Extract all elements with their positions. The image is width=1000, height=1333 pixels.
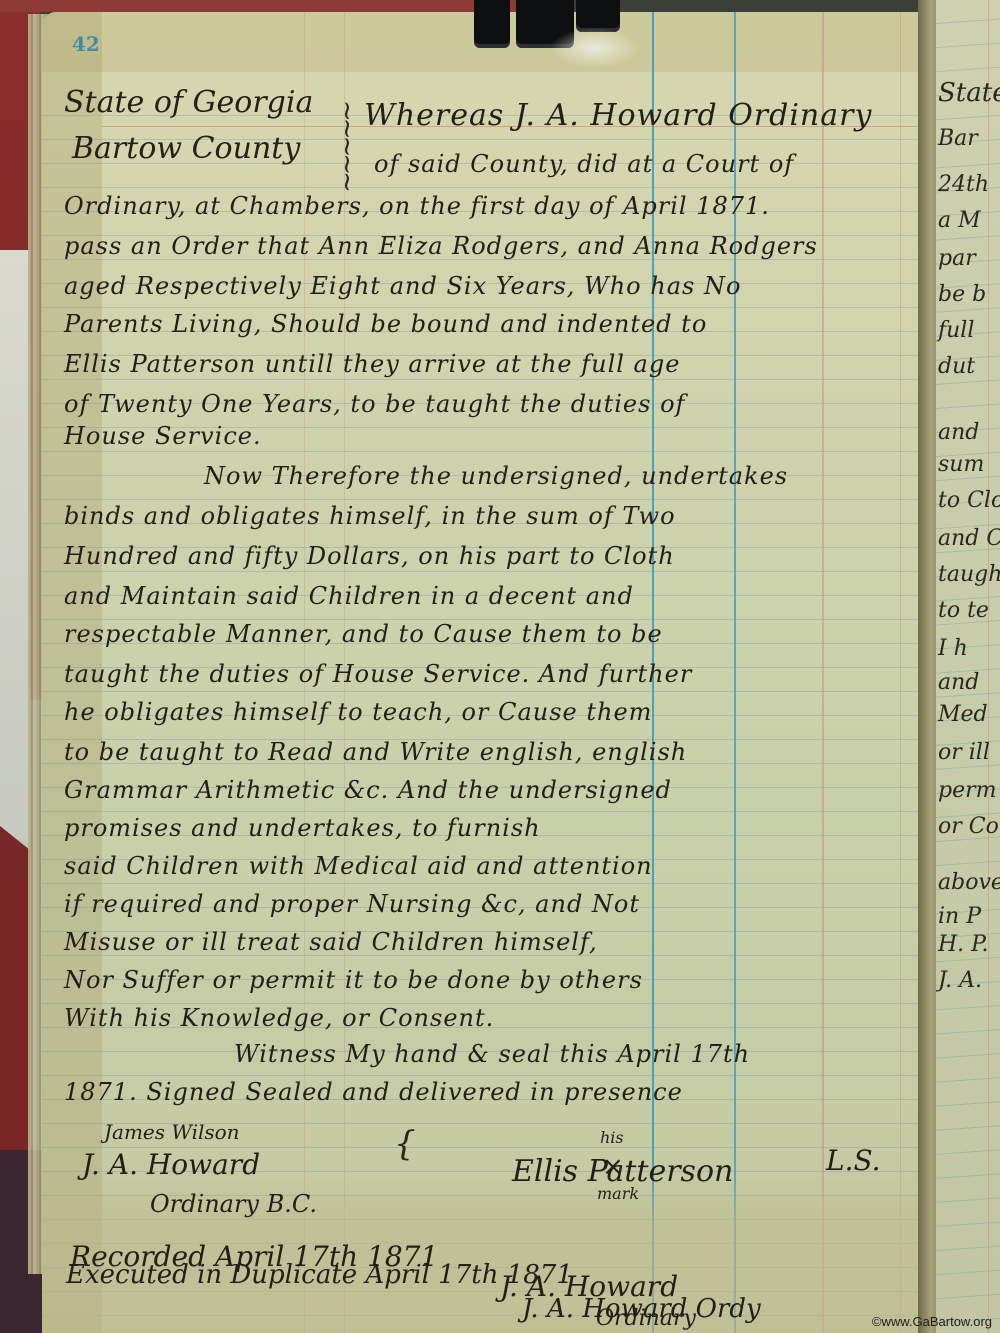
light-glare <box>550 28 640 68</box>
facing-margin-rule <box>988 0 989 1333</box>
text-line: Ellis Patterson untill they arrive at th… <box>64 350 680 378</box>
mark-label-his: his <box>600 1128 624 1147</box>
facing-text: and C <box>938 526 1000 551</box>
text-line: respectable Manner, and to Cause them to… <box>64 620 663 648</box>
facing-text: dut <box>938 354 975 379</box>
text-line: if required and proper Nursing &c, and N… <box>64 890 640 918</box>
facing-text: par <box>938 246 976 271</box>
mark-label-mark: mark <box>597 1184 639 1203</box>
seal-mark: L.S. <box>826 1144 881 1177</box>
column-rule-pink <box>900 12 901 1333</box>
heading-state: State of Georgia <box>64 85 313 120</box>
book-cover-top-edge <box>0 0 520 12</box>
recorded-signature: J. A. Howard <box>500 1270 678 1303</box>
text-line: taught the duties of House Service. And … <box>64 660 692 688</box>
text-line: 1871. Signed Sealed and delivered in pre… <box>64 1078 683 1106</box>
text-line: Grammar Arithmetic &c. And the undersign… <box>64 776 672 804</box>
document-heading: State of Georgia Bartow County <box>64 86 313 166</box>
text-line: Ordinary, at Chambers, on the first day … <box>64 192 770 220</box>
recorded-title: Ordinary <box>596 1306 696 1331</box>
facing-text: or Co <box>938 814 999 839</box>
facing-page: State Bar 24th a M par be b full dut and… <box>936 0 1000 1333</box>
facing-text: full <box>938 318 974 343</box>
facing-text: and <box>938 420 979 445</box>
facing-text: above <box>938 870 1000 895</box>
facing-text: to te <box>938 598 989 623</box>
facing-text: and <box>938 670 979 695</box>
column-rule-pink <box>822 12 824 1333</box>
text-line: to be taught to Read and Write english, … <box>64 738 687 766</box>
facing-text: State <box>938 78 1000 108</box>
book-spine-cloth <box>0 250 30 850</box>
text-line: of Twenty One Years, to be taught the du… <box>64 390 685 418</box>
text-line: said Children with Medical aid and atten… <box>64 852 653 880</box>
text-line: he obligates himself to teach, or Cause … <box>64 698 652 726</box>
text-line: and Maintain said Children in a decent a… <box>64 582 634 610</box>
text-line: Now Therefore the undersigned, undertake… <box>204 462 788 490</box>
text-line: Misuse or ill treat said Children himsel… <box>64 928 598 956</box>
facing-text: H. P. <box>938 932 989 957</box>
text-line: Nor Suffer or permit it to be done by ot… <box>64 966 643 994</box>
text-line: Witness My hand & seal this April 17th <box>234 1040 750 1068</box>
facing-text: sum <box>938 452 984 477</box>
text-line: Hundred and fifty Dollars, on his part t… <box>64 542 675 570</box>
ordinary-signature: J. A. Howard <box>82 1148 260 1181</box>
text-line: With his Knowledge, or Consent. <box>64 1004 494 1032</box>
facing-text: or ill <box>938 740 990 765</box>
facing-text: to Clo <box>938 488 1000 513</box>
mark-x: × <box>602 1152 624 1182</box>
facing-text: 24th <box>938 172 989 197</box>
binder-clip-icon <box>474 0 510 48</box>
text-line: binds and obligates himself, in the sum … <box>64 502 676 530</box>
text-line: Parents Living, Should be bound and inde… <box>64 310 707 338</box>
copyright-watermark: ©www.GaBartow.org <box>872 1314 992 1329</box>
facing-text: I h <box>938 636 968 661</box>
recorded-line: Recorded April 17th 1871 <box>70 1240 438 1273</box>
brace-mark: ~~~~~ <box>332 100 362 189</box>
ordinary-title: Ordinary B.C. <box>150 1190 317 1218</box>
facing-text: in P <box>938 904 981 929</box>
facing-text: be b <box>938 282 986 307</box>
facing-text: perm <box>938 778 996 803</box>
facing-text: Med <box>938 702 988 727</box>
witness-name: James Wilson <box>104 1120 240 1144</box>
ledger-page: 42 State of Georgia Bartow County ~~~~~ … <box>42 12 922 1333</box>
facing-text: a M <box>938 208 981 233</box>
text-line: aged Respectively Eight and Six Years, W… <box>64 272 741 300</box>
text-line: House Service. <box>64 422 262 450</box>
signature-brace: { <box>394 1124 416 1164</box>
page-number: 42 <box>72 32 100 56</box>
facing-text: taught <box>938 562 1000 587</box>
text-line: promises and undertakes, to furnish <box>64 814 541 842</box>
text-line: Whereas J. A. Howard Ordinary <box>364 98 872 133</box>
facing-ruled-lines <box>936 0 1000 1333</box>
text-line: of said County, did at a Court of <box>374 150 794 178</box>
facing-text: Bar <box>938 126 978 151</box>
facing-text: J. A. <box>938 968 982 993</box>
text-line: pass an Order that Ann Eliza Rodgers, an… <box>64 232 818 260</box>
heading-county: Bartow County <box>72 132 313 166</box>
